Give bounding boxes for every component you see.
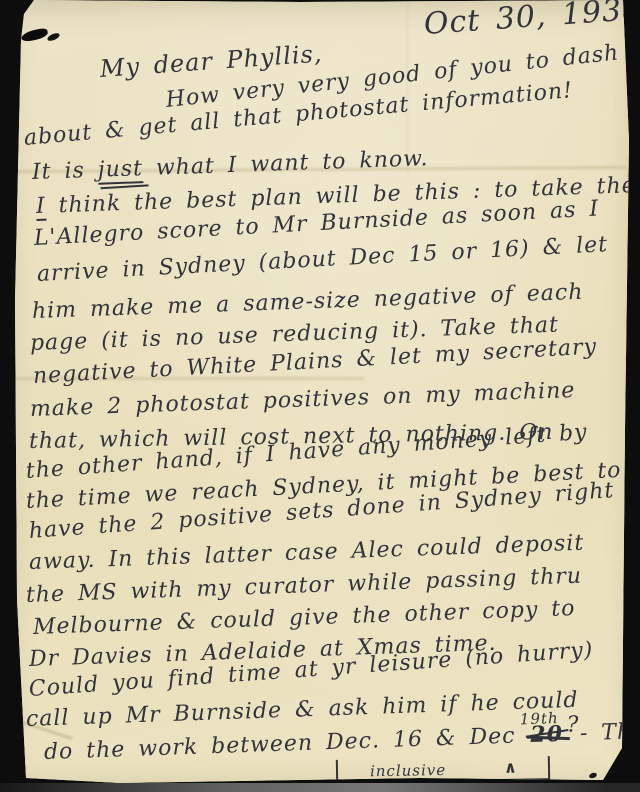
paper-tear [46, 32, 60, 43]
letter-text: - That [579, 719, 640, 747]
insertion-bracket: inclusive ∧ [336, 756, 550, 784]
scanned-letter-page: Oct 30, 1938 My dear Phyllis, How very v… [0, 0, 640, 792]
letter-text: It is [32, 158, 99, 185]
question-mark: ? [566, 714, 580, 736]
letter-text: what I want to know. [142, 146, 428, 181]
scanner-bed-edge [0, 783, 640, 792]
ink-blot [588, 772, 597, 779]
double-underlined-word: just [97, 156, 143, 185]
annotation-word: inclusive [370, 761, 446, 780]
struck-out-date: 20 [528, 723, 565, 746]
paper-tear [20, 27, 48, 42]
letter-line: make 2 photostat positives on my machine [30, 380, 576, 421]
caret-mark: ∧ [504, 758, 517, 777]
letter-line: It is just what I want to know. [32, 148, 429, 184]
letter-paper: Oct 30, 1938 My dear Phyllis, How very v… [0, 0, 640, 792]
date-correction: 19th20 [528, 723, 565, 747]
letter-date: Oct 30, 1938 [423, 0, 640, 40]
